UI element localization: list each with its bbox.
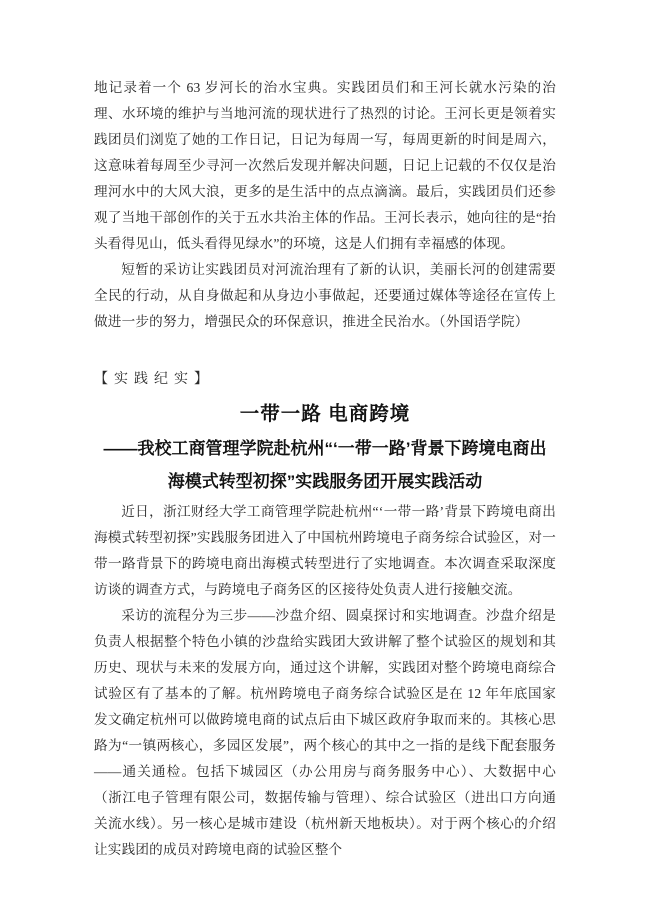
article-subtitle-line-1: ——我校工商管理学院赴杭州“‘一带一路’背景下跨境电商出 [84, 432, 566, 465]
section-label: 【实践纪实】 [94, 367, 556, 393]
paragraph-investigation-intro: 近日，浙江财经大学工商管理学院赴杭州“‘一带一路’背景下跨境电商出海模式转型初探… [94, 499, 556, 603]
paragraph-river-chief-continuation: 地记录着一个 63 岁河长的治水宝典。实践团员们和王河长就水污染的治理、水环境的… [94, 75, 556, 257]
paragraph-interview-process: 采访的流程分为三步——沙盘介绍、圆桌探讨和实地调查。沙盘介绍是负责人根据整个特色… [94, 603, 556, 863]
document-content: 地记录着一个 63 岁河长的治水宝典。实践团员们和王河长就水污染的治理、水环境的… [94, 75, 556, 863]
article-title: 一带一路 电商跨境 [94, 399, 556, 429]
paragraph-interview-summary: 短暂的采访让实践团员对河流治理有了新的认识，美丽长河的创建需要全民的行动，从自身… [94, 257, 556, 335]
article-subtitle: ——我校工商管理学院赴杭州“‘一带一路’背景下跨境电商出 海模式转型初探”实践服… [84, 432, 566, 498]
article-subtitle-line-2: 海模式转型初探”实践服务团开展实践活动 [84, 465, 566, 498]
document-page: 地记录着一个 63 岁河长的治水宝典。实践团员们和王河长就水污染的治理、水环境的… [0, 0, 650, 919]
